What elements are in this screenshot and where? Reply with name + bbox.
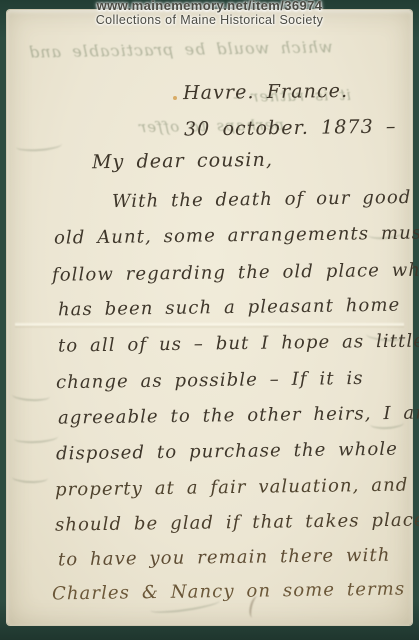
watermark-collection: Collections of Maine Historical Society [0,13,419,27]
watermark-url: www.mainememory.net/item/36974 [0,0,419,12]
watermark-header: www.mainememory.net/item/36974 Collectio… [0,0,419,27]
letter-date-line: 30 october. 1873 – [184,116,397,141]
letter-body-line: change as possible – If it is [56,368,364,393]
letter-place-line: Havre. France. [183,80,348,104]
fold-crease [15,322,404,328]
letter-body-line: With the death of our good [112,187,412,212]
paper-stain [173,96,177,100]
letter-salutation: My dear cousin, [92,149,273,174]
